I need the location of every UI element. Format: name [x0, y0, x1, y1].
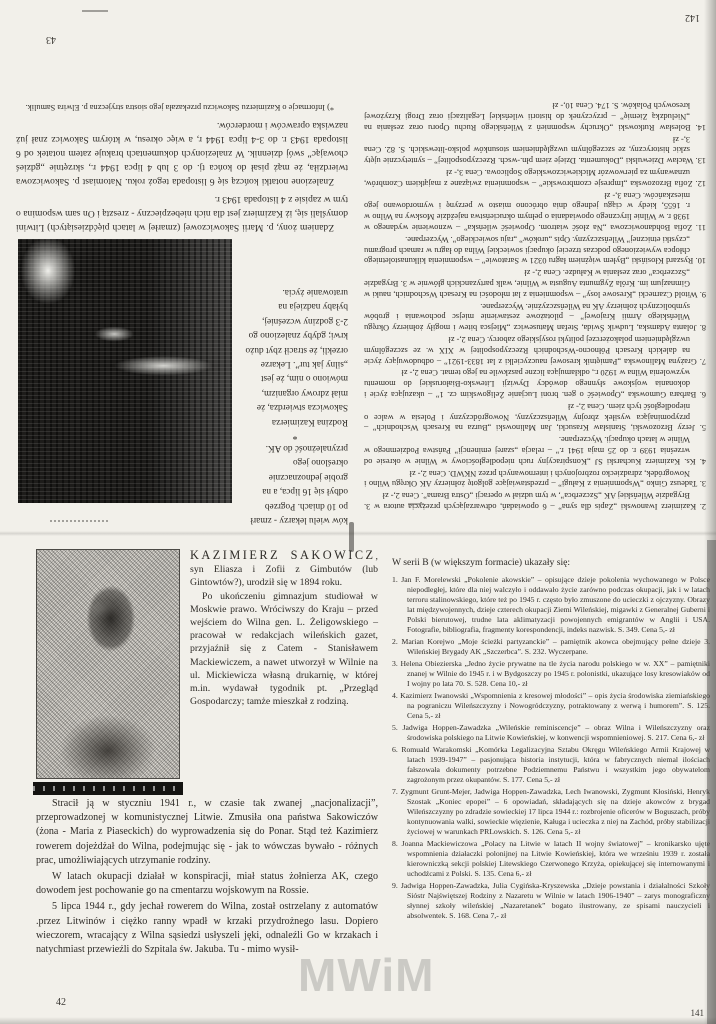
list-item: 6. Romuald Warakomski „Komórka Legalizac…: [392, 745, 710, 785]
item-number: 4.: [392, 691, 398, 700]
item-number: 9.: [700, 290, 706, 299]
item-text: Jan F. Morelewski „Pokolenie akowskie” –…: [401, 575, 710, 634]
page-43-rotated: 2. Kazimierz Iwanowski „Zapis dla syna” …: [0, 0, 716, 535]
page-number: 142: [685, 12, 700, 23]
item-number: 5.: [700, 423, 706, 432]
list-item: 1. Jan F. Morelewski „Pokolenie akowskie…: [392, 575, 710, 635]
page-number: 141: [691, 1008, 705, 1018]
list-item: 7. Grażyna Malinowska „Pamiętnik kresowe…: [364, 333, 706, 365]
item-text: Tadeusz Ginko „Wspomnienia z Kaługi” – p…: [364, 469, 697, 489]
list-item: 5. Jerzy Brzozowski, Stanisław Krasucki,…: [364, 400, 706, 432]
bio-paragraph: 5 lipca 1944 r., gdy jechał rowerem do W…: [36, 900, 378, 957]
bio-text: Po ukończeniu gimnazjum studiował w Mosk…: [190, 590, 378, 709]
portrait-block: [36, 549, 178, 795]
item-number: 8.: [700, 323, 706, 332]
list-item: 3. Tadeusz Ginko „Wspomnienia z Kaługi” …: [364, 467, 706, 489]
list-item: 4. Ks. Kazimierz Kucharski SJ „Konspirac…: [364, 433, 706, 465]
item-number: 5.: [392, 723, 398, 732]
item-number: 6.: [700, 390, 706, 399]
item-text: Marian Korejwo „Moje ścieżki partyzancki…: [402, 637, 711, 656]
item-number: 7.: [392, 787, 398, 796]
section-separator: *: [242, 429, 348, 441]
item-text: Zofia Brzozowska „Impresje czombrowskie”…: [364, 168, 693, 188]
list-item: 6. Barbara Gumowska „Opowieść o gen. bro…: [364, 367, 706, 399]
list-item: 2. Kazimierz Iwanowski „Zapis dla syna” …: [364, 489, 706, 511]
list-item: 7. Zygmunt Grunt-Mejer, Jadwiga Hoppen-Z…: [392, 787, 710, 837]
series-a-list: 2. Kazimierz Iwanowski „Zapis dla syna” …: [364, 99, 706, 511]
list-item: 9. Jadwiga Hoppen-Zawadzka, Julia Cygińs…: [392, 881, 710, 921]
item-text: Wacław Dziewulski „Dokumenta. Dzieje zie…: [364, 135, 693, 166]
bio-paragraph: Rodzina Kazimierza Sakowicza stwierdza, …: [242, 285, 348, 429]
list-item: 8. Joanna Mackiewiczowa „Polacy na Litwi…: [392, 839, 710, 879]
item-text: Barbara Gumowska „Opowieść o gen. broni …: [364, 368, 696, 399]
grave-photo: [18, 239, 232, 503]
item-number: 1.: [392, 575, 398, 584]
series-b-header: W serii B (w większym formacie) ukazały …: [392, 557, 710, 568]
item-text: Jolanta Adamska, Ludwik Świda, Stefan Ma…: [364, 302, 697, 333]
bio-paragraph: Stracił ją w styczniu 1941 r., w czasie …: [36, 797, 378, 868]
item-number: 9.: [392, 881, 398, 890]
item-text: Witold Czarnecki „Kresowe losy” – wspomn…: [364, 268, 698, 299]
series-b-column: W serii B (w większym formacie) ukazały …: [392, 557, 710, 923]
list-item: 4. Kazimierz Iwanowski „Wspomnienia z kr…: [392, 691, 710, 721]
list-item: 10. Ryszard Kłosiński „Byłem więźniem ła…: [364, 233, 706, 265]
item-number: 6.: [392, 745, 398, 754]
item-text: Joanna Mackiewiczowa „Polacy na Litwie w…: [402, 839, 710, 878]
bio-intro: KAZIMIERZ SAKOWICZ, syn Eliasza i Zofii …: [190, 549, 378, 795]
item-number: 2.: [700, 502, 706, 511]
item-number: 3.: [700, 479, 706, 488]
list-item: 5. Jadwiga Hoppen-Zawadzka „Wileńskie re…: [392, 723, 710, 743]
page-number: 43: [46, 34, 56, 45]
item-number: 4.: [700, 457, 706, 466]
item-text: Zofia Bohdanowiczowa „Na złość wiatrom. …: [364, 191, 692, 232]
list-item: 9. Witold Czarnecki „Kresowe losy” – wsp…: [364, 266, 706, 298]
list-item: 13. Wacław Dziewulski „Dokumenta. Dzieje…: [364, 133, 706, 165]
scan-artifact: [50, 520, 108, 522]
page-42: KAZIMIERZ SAKOWICZ, syn Eliasza i Zofii …: [0, 535, 716, 1024]
item-text: Ryszard Kłosiński „Byłem więźniem łagru …: [364, 235, 693, 266]
scan-artifact: [82, 10, 108, 12]
item-number: 3.: [392, 659, 398, 668]
bio-paragraph: Znalezione notatki kończą się 6 listopad…: [16, 119, 348, 188]
bio-paragraph: W latach okupacji działał w konspiracji,…: [36, 870, 378, 898]
item-text: Jadwiga Hoppen-Zawadzka „Wileńskie remin…: [402, 723, 710, 742]
list-item: 12. Zofia Brzozowska „Impresje czombrows…: [364, 166, 706, 188]
list-item: 2. Marian Korejwo „Moje ścieżki partyzan…: [392, 637, 710, 657]
scan-artifact: [408, 503, 424, 505]
photo-caption-bar: [33, 782, 183, 795]
item-text: Bolesław Rutkowski „Okruchy wspomnień z …: [364, 101, 691, 132]
bio-paragraph: ków wielu lekarzy - zmarł po 10 dniach. …: [242, 441, 348, 527]
item-number: 14.: [696, 123, 706, 132]
item-number: 8.: [392, 839, 398, 848]
item-number: 2.: [392, 637, 398, 646]
list-item: 8. Jolanta Adamska, Ludwik Świda, Stefan…: [364, 300, 706, 332]
page-number: 42: [56, 997, 66, 1008]
item-text: Romuald Warakomski „Komórka Legalizacyjn…: [401, 745, 710, 784]
list-item: 14. Bolesław Rutkowski „Okruchy wspomnie…: [364, 100, 706, 132]
item-text: Jerzy Brzozowski, Stanisław Krasucki, Ja…: [364, 402, 695, 433]
biography-column-page43: ków wielu lekarzy - zmarł po 10 dniach. …: [16, 101, 348, 527]
item-number: 10.: [696, 256, 706, 265]
series-b-list: 1. Jan F. Morelewski „Pokolenie akowskie…: [392, 575, 710, 921]
item-text: Helena Obiezierska „Jedno życie prywatne…: [401, 659, 710, 688]
item-text: Kazimierz Iwanowski „Wspomnienia z kreso…: [400, 691, 710, 720]
item-text: Zygmunt Grunt-Mejer, Jadwiga Hoppen-Zawa…: [400, 787, 710, 836]
bio-paragraph: Zdaniem żony, p. Marii Sakowiczowej (zma…: [16, 193, 348, 234]
footnote: *) Informacje o Kazimierzu Sakowiczu prz…: [16, 101, 348, 112]
biography-column-page42: KAZIMIERZ SAKOWICZ, syn Eliasza i Zofii …: [36, 549, 378, 957]
item-text: Jadwiga Hoppen-Zawadzka, Julia Cygińska-…: [401, 881, 710, 920]
portrait-photo: [36, 549, 180, 779]
bio-narrow-column: ków wielu lekarzy - zmarł po 10 dniach. …: [242, 239, 348, 527]
person-name: KAZIMIERZ SAKOWICZ: [190, 548, 376, 562]
item-number: 11.: [696, 223, 706, 232]
item-number: 12.: [696, 179, 706, 188]
item-text: Ks. Kazimierz Kucharski SJ „Konspiracyjn…: [364, 435, 696, 466]
seam-ink-blot: [349, 522, 354, 552]
list-item: 3. Helena Obiezierska „Jedno życie prywa…: [392, 659, 710, 689]
item-number: 13.: [696, 156, 706, 165]
item-number: 7.: [700, 357, 706, 366]
item-text: Grażyna Malinowska „Pamiętnik kresowej n…: [364, 335, 697, 366]
scanned-book-spread: 2. Kazimierz Iwanowski „Zapis dla syna” …: [0, 0, 716, 1024]
item-text: Kazimierz Iwanowski „Zapis dla syna” – 6…: [364, 491, 696, 511]
list-item: 11. Zofia Bohdanowiczowa „Na złość wiatr…: [364, 189, 706, 232]
